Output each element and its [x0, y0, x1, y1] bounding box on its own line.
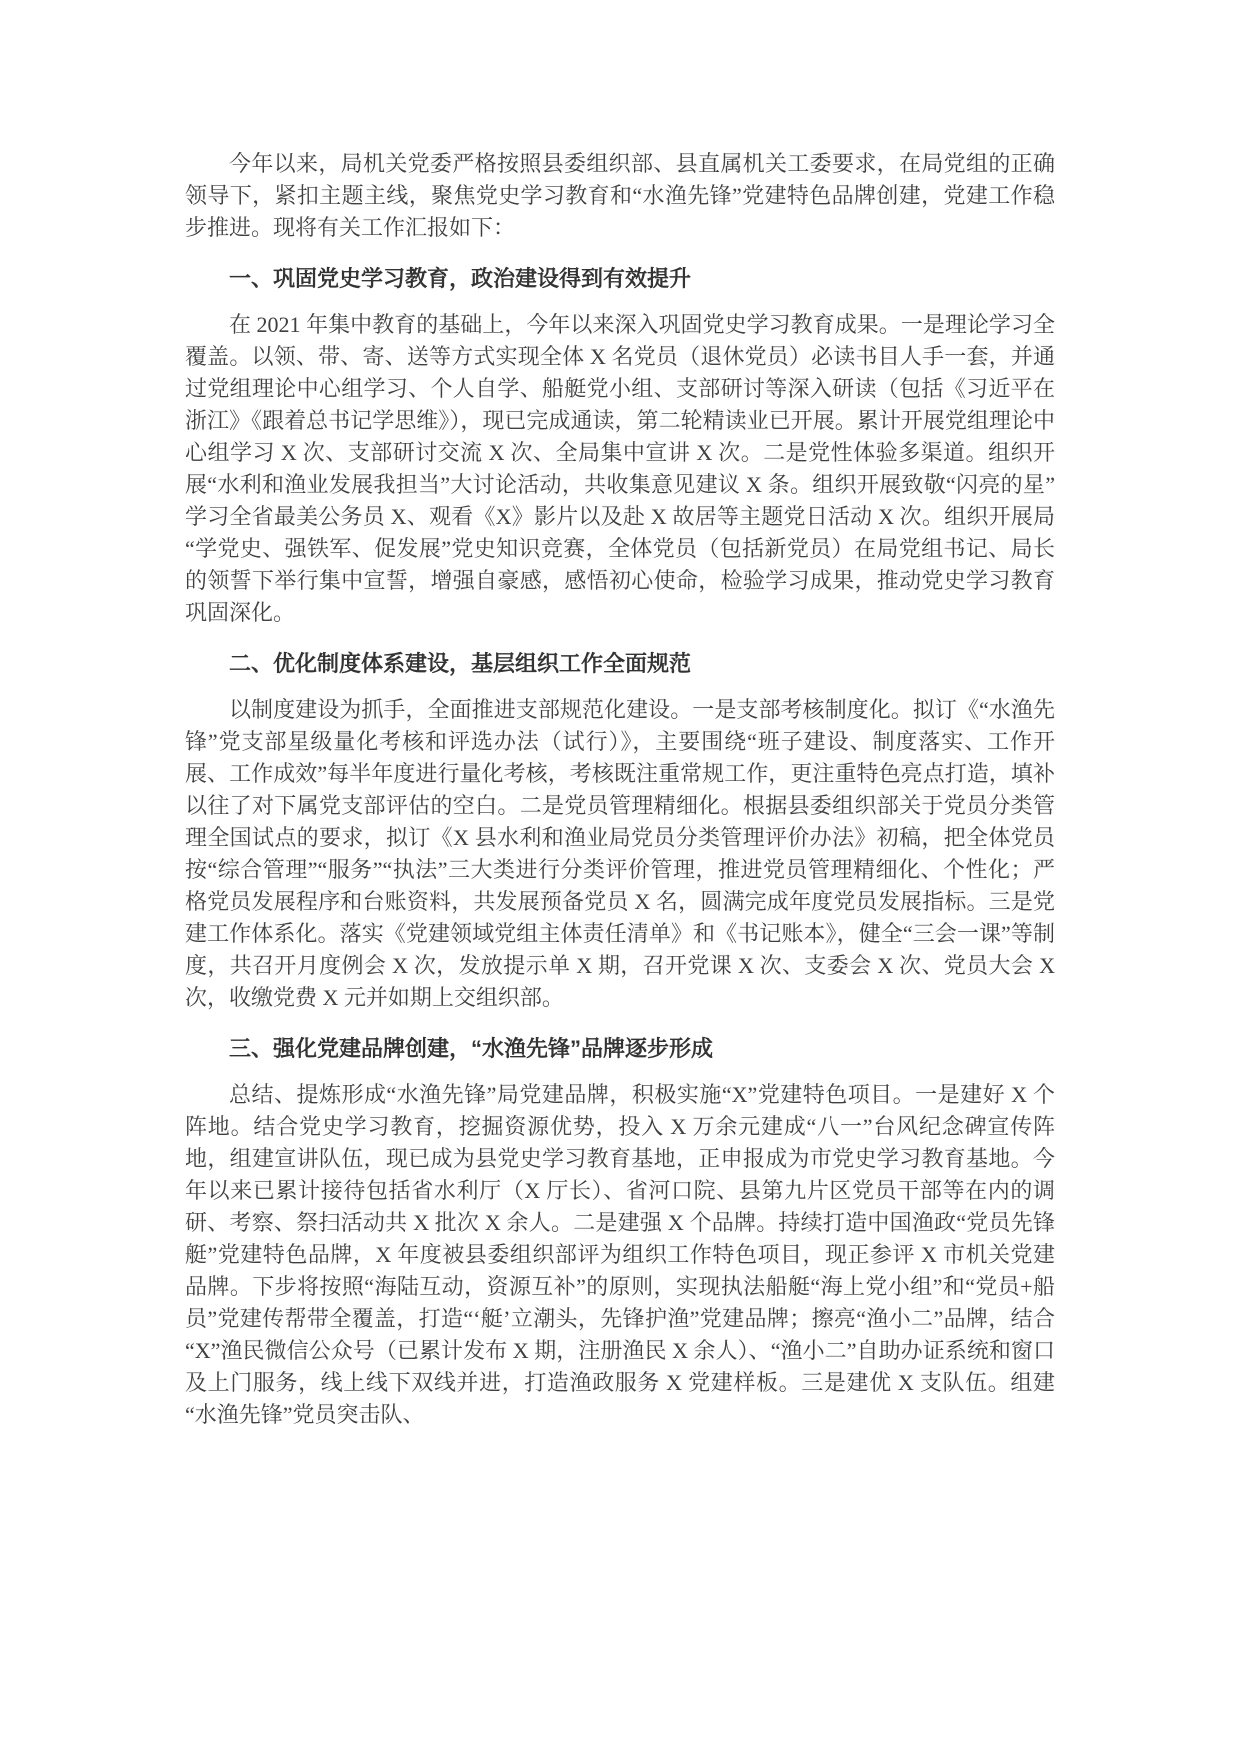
section-1-paragraph: 在 2021 年集中教育的基础上，今年以来深入巩固党史学习教育成果。一是理论学习… [185, 309, 1055, 629]
section-3-heading: 三、强化党建品牌创建，“水渔先锋”品牌逐步形成 [185, 1033, 1055, 1065]
document-content: 今年以来，局机关党委严格按照县委组织部、县直属机关工委要求，在局党组的正确领导下… [185, 148, 1055, 1431]
section-3-paragraph: 总结、提炼形成“水渔先锋”局党建品牌，积极实施“X”党建特色项目。一是建好 X … [185, 1079, 1055, 1431]
section-2-paragraph: 以制度建设为抓手，全面推进支部规范化建设。一是支部考核制度化。拟订《“水渔先锋”… [185, 694, 1055, 1014]
document-page: 今年以来，局机关党委严格按照县委组织部、县直属机关工委要求，在局党组的正确领导下… [0, 0, 1240, 1754]
intro-paragraph: 今年以来，局机关党委严格按照县委组织部、县直属机关工委要求，在局党组的正确领导下… [185, 148, 1055, 244]
section-1-heading: 一、巩固党史学习教育，政治建设得到有效提升 [185, 263, 1055, 295]
section-2-heading: 二、优化制度体系建设，基层组织工作全面规范 [185, 648, 1055, 680]
